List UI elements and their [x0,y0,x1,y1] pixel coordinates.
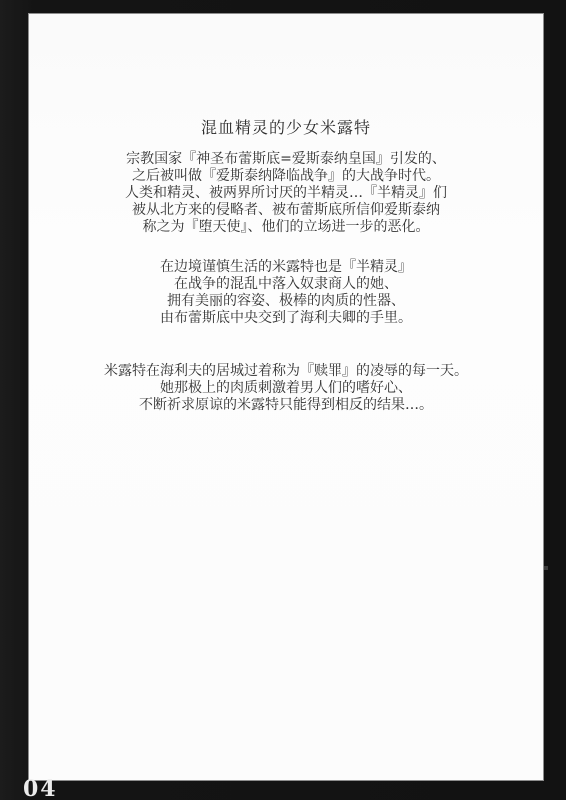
text-line: 人类和精灵、被两界所讨厌的半精灵…『半精灵』们 [29,185,543,202]
paragraph-intro: 宗教国家『神圣布蕾斯底=爱斯泰纳皇国』引发的、 之后被叫做『爱斯泰纳降临战争』的… [29,151,543,236]
text-line: 在边境谨慎生活的米露特也是『半精灵』 [29,259,543,276]
text-line: 米露特在海利夫的居城过着称为『赎罪』的凌辱的每一天。 [29,363,543,380]
scan-speck [544,566,548,570]
text-line: 拥有美丽的容姿、极棒的肉质的性器、 [29,293,543,310]
text-line: 由布蕾斯底中央交到了海利夫卿的手里。 [29,310,543,327]
page-title: 混血精灵的少女米露特 [29,117,543,139]
text-line: 之后被叫做『爱斯泰纳降临战争』的大战争时代。 [29,168,543,185]
paper-page: 混血精灵的少女米露特 宗教国家『神圣布蕾斯底=爱斯泰纳皇国』引发的、 之后被叫做… [29,14,543,780]
paragraph-closing: 米露特在海利夫的居城过着称为『赎罪』的凌辱的每一天。 她那极上的肉质刺激着男人们… [29,363,543,414]
text-line: 称之为『堕天使』、他们的立场进一步的恶化。 [29,219,543,236]
paragraph-middle: 在边境谨慎生活的米露特也是『半精灵』 在战争的混乱中落入奴隶商人的她、 拥有美丽… [29,259,543,327]
text-line: 不断祈求原谅的米露特只能得到相反的结果…。 [29,397,543,414]
text-line: 被从北方来的侵略者、被布蕾斯底所信仰爱斯泰纳 [29,202,543,219]
text-line: 她那极上的肉质刺激着男人们的嗜好心、 [29,380,543,397]
page-number: 04 [23,779,58,800]
text-line: 宗教国家『神圣布蕾斯底=爱斯泰纳皇国』引发的、 [29,151,543,168]
scanned-page-background: { "document": { "page_number": "04", "ti… [0,0,566,800]
text-line: 在战争的混乱中落入奴隶商人的她、 [29,276,543,293]
